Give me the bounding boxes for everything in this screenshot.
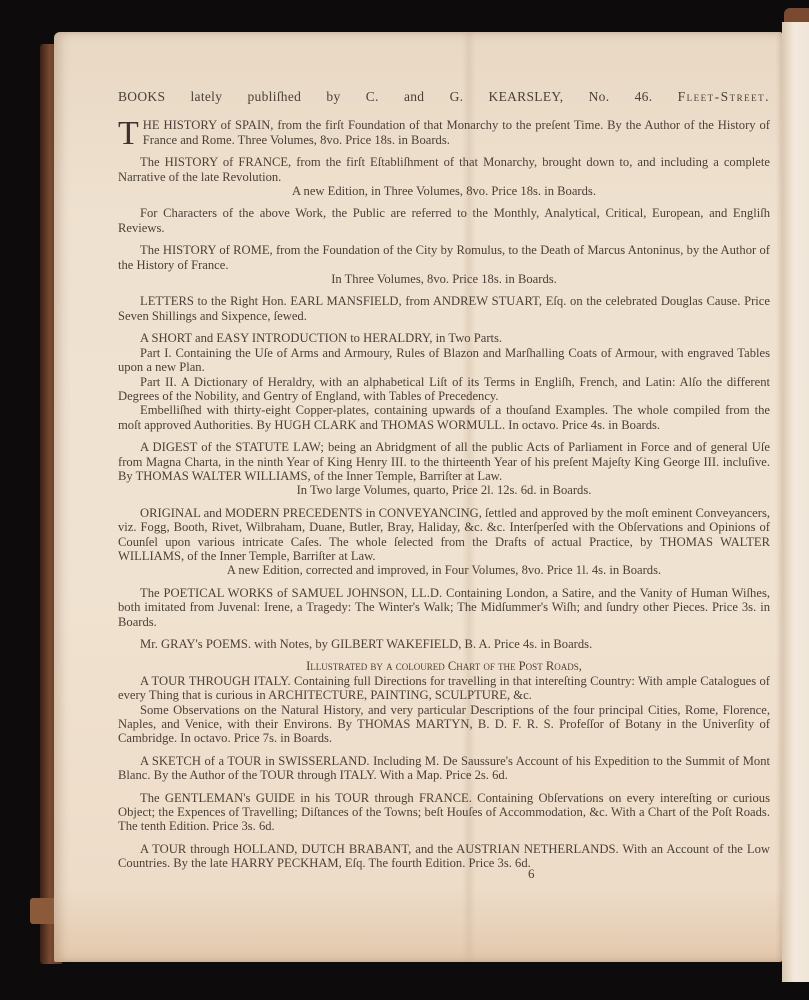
book-entry-characters-note: For Characters of the above Work, the Pu…	[118, 206, 770, 235]
book-entry-tour-italy: Illustrated by a coloured Chart of the P…	[118, 659, 770, 745]
entry-text: A DIGEST of the STATUTE LAW; being an Ab…	[118, 440, 770, 483]
entry-text: The POETICAL WORKS of SAMUEL JOHNSON, LL…	[118, 586, 770, 629]
entry-text: LETTERS to the Right Hon. EARL MANSFIELD…	[118, 294, 770, 323]
entry-text: Mr. GRAY's POEMS. with Notes, by GILBERT…	[118, 637, 770, 651]
book-entry-heraldry: A SHORT and EASY INTRODUCTION to HERALDR…	[118, 331, 770, 432]
entry-text: The GENTLEMAN's GUIDE in his TOUR throug…	[118, 791, 770, 834]
entry-details: Embelliſhed with thirty-eight Copper-pla…	[118, 403, 770, 432]
book-entry-gray-poems: Mr. GRAY's POEMS. with Notes, by GILBERT…	[118, 637, 770, 651]
entry-illustration-note: Illustrated by a coloured Chart of the P…	[118, 659, 770, 673]
book-entry-gentlemans-guide: The GENTLEMAN's GUIDE in his TOUR throug…	[118, 791, 770, 834]
advertisement-text: BOOKS lately publiſhed by C. and G. KEAR…	[118, 90, 770, 879]
book-entry-letters-mansfield: LETTERS to the Right Hon. EARL MANSFIELD…	[118, 294, 770, 323]
entry-title: A SHORT and EASY INTRODUCTION to HERALDR…	[118, 331, 770, 345]
entry-price: In Two large Volumes, quarto, Price 2l. …	[118, 483, 770, 497]
heading-publisher: BOOKS lately publiſhed by C. and G. KEAR…	[118, 89, 652, 104]
drop-cap: T	[118, 120, 139, 148]
entry-text: The HISTORY of FRANCE, from the firſt Eſ…	[118, 155, 770, 184]
entry-text: A SKETCH of a TOUR in SWISSERLAND. Inclu…	[118, 754, 770, 783]
entry-part-1: Part I. Containing the Uſe of Arms and A…	[118, 346, 770, 375]
entry-price: A new Edition, corrected and improved, i…	[118, 563, 770, 577]
book-entry-history-spain: T HE HISTORY of SPAIN, from the firſt Fo…	[118, 118, 770, 147]
entry-text: A TOUR through HOLLAND, DUTCH BRABANT, a…	[118, 842, 770, 871]
book-entry-tour-swisserland: A SKETCH of a TOUR in SWISSERLAND. Inclu…	[118, 754, 770, 783]
heading-address: Fleet-Street.	[678, 89, 770, 104]
entry-observations: Some Observations on the Natural History…	[118, 703, 770, 746]
entry-text: The HISTORY of ROME, from the Foundation…	[118, 243, 770, 272]
book-entry-history-rome: The HISTORY of ROME, from the Foundation…	[118, 243, 770, 286]
entry-part-2: Part II. A Dictionary of Heraldry, with …	[118, 375, 770, 404]
entry-text: HE HISTORY of SPAIN, from the firſt Foun…	[118, 118, 770, 147]
facing-page-edge	[782, 22, 809, 982]
book-entry-statute-law: A DIGEST of the STATUTE LAW; being an Ab…	[118, 440, 770, 498]
entry-text: For Characters of the above Work, the Pu…	[118, 206, 770, 235]
book-entry-conveyancing: ORIGINAL and MODERN PRECEDENTS in CONVEY…	[118, 506, 770, 578]
entry-price: A new Edition, in Three Volumes, 8vo. Pr…	[118, 184, 770, 198]
page-heading: BOOKS lately publiſhed by C. and G. KEAR…	[118, 90, 770, 104]
entry-text: ORIGINAL and MODERN PRECEDENTS in CONVEY…	[118, 506, 770, 564]
book-entry-johnson-poetical: The POETICAL WORKS of SAMUEL JOHNSON, LL…	[118, 586, 770, 629]
book-entry-history-france: The HISTORY of FRANCE, from the firſt Eſ…	[118, 155, 770, 198]
entry-text: A TOUR THROUGH ITALY. Containing full Di…	[118, 674, 770, 703]
entry-price: In Three Volumes, 8vo. Price 18s. in Boa…	[118, 272, 770, 286]
page-number: 6	[528, 866, 535, 882]
book-entry-tour-holland: A TOUR through HOLLAND, DUTCH BRABANT, a…	[118, 842, 770, 871]
